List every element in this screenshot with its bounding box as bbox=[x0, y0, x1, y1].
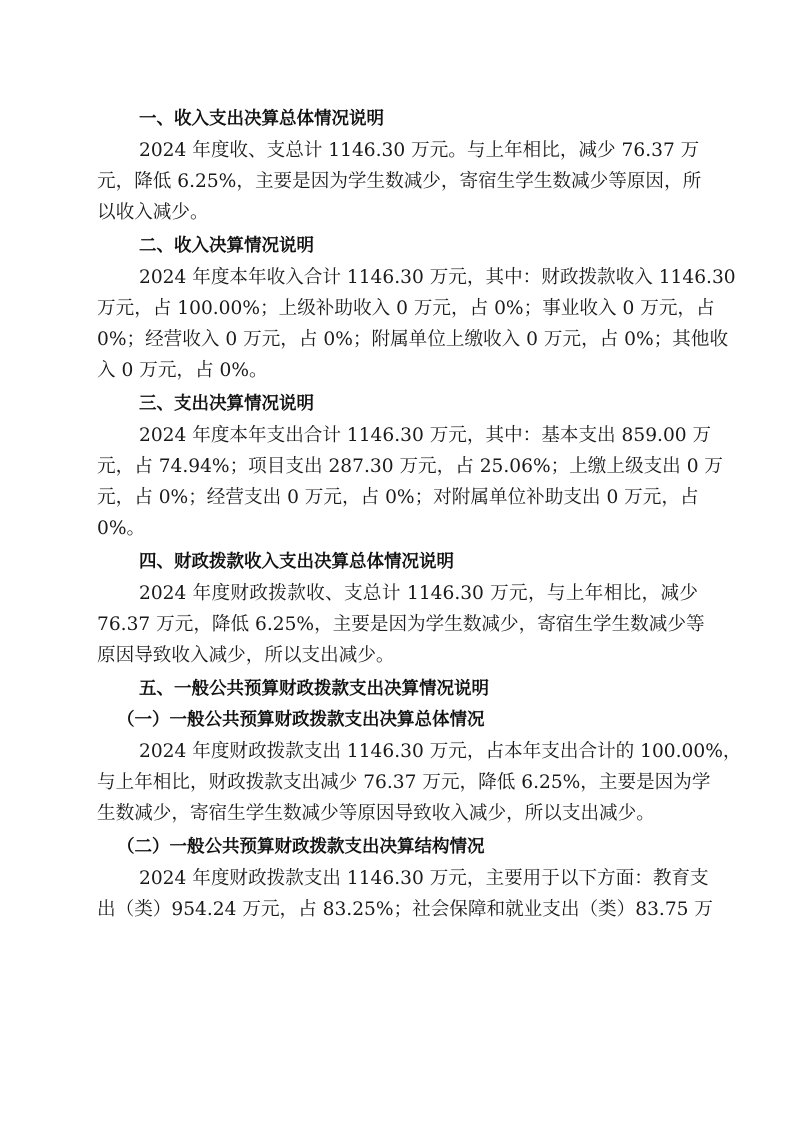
paragraph-line: 入 0 万元，占 0%。 bbox=[97, 355, 698, 386]
paragraph-line: 2024 年度财政拨款收、支总计 1146.30 万元，与上年相比，减少 bbox=[97, 578, 698, 609]
section-heading-2: 二、收入决算情况说明 bbox=[97, 231, 698, 262]
subsection-heading-5-1: （一）一般公共预算财政拨款支出决算总体情况 bbox=[97, 705, 698, 736]
paragraph-line: 元，占 0%；经营支出 0 万元，占 0%；对附属单位补助支出 0 万元，占 bbox=[97, 482, 698, 513]
paragraph-line: 2024 年度财政拨款支出 1146.30 万元，占本年支出合计的 100.00… bbox=[97, 736, 698, 767]
paragraph-line: 76.37 万元，降低 6.25%，主要是因为学生数减少，寄宿生学生数减少等 bbox=[97, 609, 698, 640]
subsection-heading-5-2: （二）一般公共预算财政拨款支出决算结构情况 bbox=[97, 832, 698, 863]
paragraph-line: 2024 年度本年收入合计 1146.30 万元，其中：财政拨款收入 1146.… bbox=[97, 262, 698, 293]
section-heading-5: 五、一般公共预算财政拨款支出决算情况说明 bbox=[97, 674, 698, 705]
paragraph-line: 以收入减少。 bbox=[97, 197, 698, 228]
paragraph-line: 2024 年度本年支出合计 1146.30 万元，其中：基本支出 859.00 … bbox=[97, 420, 698, 451]
paragraph-line: 出（类）954.24 万元，占 83.25%；社会保障和就业支出（类）83.75… bbox=[97, 894, 698, 925]
document-page: 一、收入支出决算总体情况说明 2024 年度收、支总计 1146.30 万元。与… bbox=[97, 104, 698, 925]
paragraph-line: 元，占 74.94%；项目支出 287.30 万元，占 25.06%；上缴上级支… bbox=[97, 451, 698, 482]
paragraph-line: 2024 年度收、支总计 1146.30 万元。与上年相比，减少 76.37 万 bbox=[97, 135, 698, 166]
section-heading-4: 四、财政拨款收入支出决算总体情况说明 bbox=[97, 547, 698, 578]
section-heading-1: 一、收入支出决算总体情况说明 bbox=[97, 104, 698, 135]
paragraph-line: 原因导致收入减少，所以支出减少。 bbox=[97, 640, 698, 671]
paragraph-line: 2024 年度财政拨款支出 1146.30 万元，主要用于以下方面：教育支 bbox=[97, 863, 698, 894]
section-heading-3: 三、支出决算情况说明 bbox=[97, 389, 698, 420]
paragraph-line: 元，降低 6.25%，主要是因为学生数减少，寄宿生学生数减少等原因，所 bbox=[97, 166, 698, 197]
paragraph-line: 0%。 bbox=[97, 513, 698, 544]
paragraph-line: 0%；经营收入 0 万元，占 0%；附属单位上缴收入 0 万元，占 0%；其他收 bbox=[97, 324, 698, 355]
paragraph-line: 与上年相比，财政拨款支出减少 76.37 万元，降低 6.25%，主要是因为学 bbox=[97, 767, 698, 798]
paragraph-line: 万元，占 100.00%；上级补助收入 0 万元，占 0%；事业收入 0 万元，… bbox=[97, 293, 698, 324]
paragraph-line: 生数减少，寄宿生学生数减少等原因导致收入减少，所以支出减少。 bbox=[97, 798, 698, 829]
